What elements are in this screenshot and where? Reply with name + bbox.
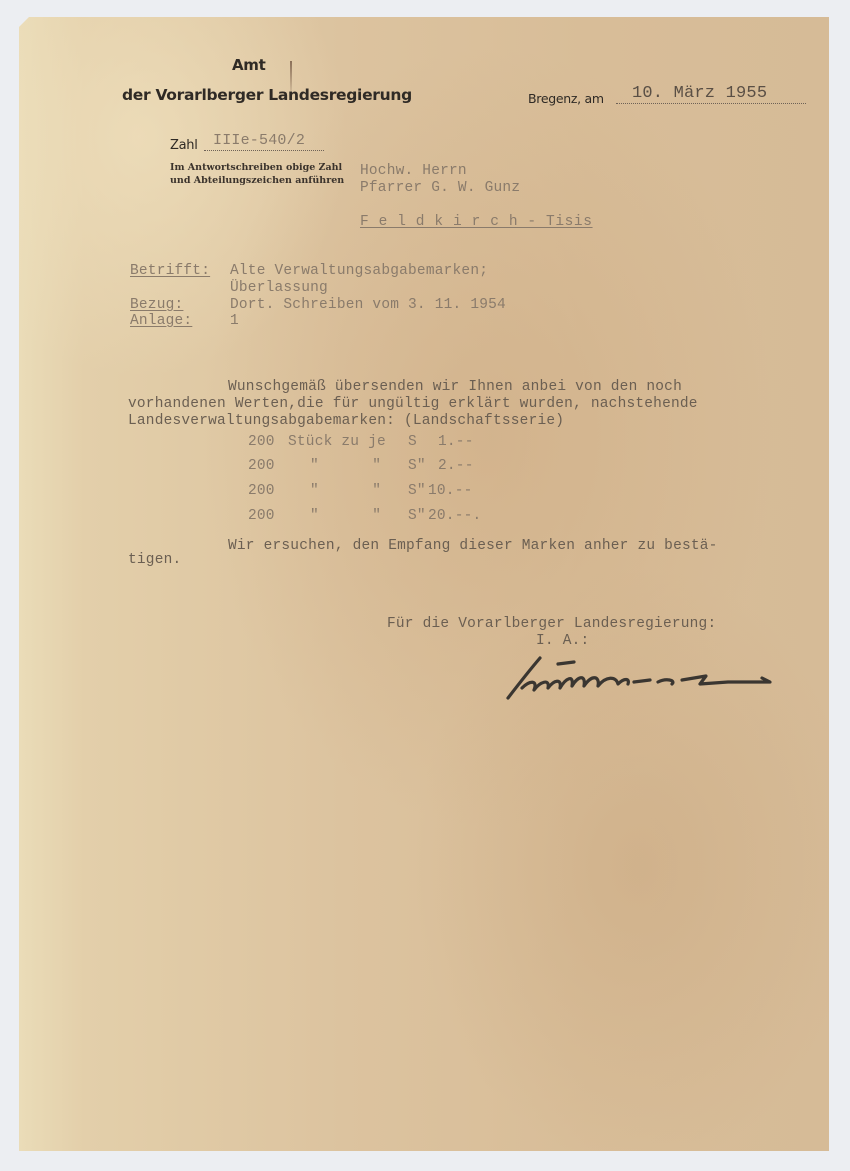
signature [500,650,800,705]
item-desc: Stück zu je [288,434,386,450]
letter-date: 10. März 1955 [632,84,767,103]
item-currency: S [408,434,417,450]
item-currency: S [408,508,417,524]
recipient-salutation: Hochw. Herrn [360,163,467,179]
betrifft-label: Betrifft: [130,263,210,279]
item-currency: S [408,458,417,474]
date-dotline [616,103,806,104]
bezug-label: Bezug: [130,297,183,313]
body-para1-line1: Wunschgemäß übersenden wir Ihnen anbei v… [228,379,682,395]
reference-instruction-2: und Abteilungszeichen anführen [170,174,344,187]
betrifft-line-2: Überlassung [230,280,328,296]
anlage-value: 1 [230,313,239,329]
body-para1-line2: vorhandenen Werten,die für ungültig erkl… [128,396,698,412]
letterhead-amt: Amt [232,56,266,74]
item-value: 1.-- [438,434,474,450]
reference-instruction-1: Im Antwortschreiben obige Zahl [170,161,342,174]
item-value: 10.-- [428,483,473,499]
letterhead-authority: der Vorarlberger Landesregierung [122,86,412,104]
item-value: 2.-- [438,458,474,474]
betrifft-line-1: Alte Verwaltungsabgabemarken; [230,263,488,279]
body-para1-line3: Landesverwaltungsabgabemarken: (Landscha… [128,413,564,429]
anlage-label: Anlage: [130,313,192,329]
item-qty: 200 [248,458,275,474]
closing-ia: I. A.: [536,633,589,649]
item-qty: 200 [248,434,275,450]
place-label: Bregenz, am [528,91,604,106]
item-currency: S [408,483,417,499]
reference-number: IIIe-540/2 [213,132,305,149]
recipient-name: Pfarrer G. W. Gunz [360,180,520,196]
recipient-city: F e l d k i r c h - Tisis [360,214,593,230]
body-para2-line1: Wir ersuchen, den Empfang dieser Marken … [228,538,718,554]
bezug-value: Dort. Schreiben vom 3. 11. 1954 [230,297,506,313]
item-value: 20.--. [428,508,481,524]
closing-authority: Für die Vorarlberger Landesregierung: [387,616,716,632]
reference-dotline [204,150,324,151]
item-qty: 200 [248,508,275,524]
body-para2-line2: tigen. [128,552,181,568]
item-qty: 200 [248,483,275,499]
reference-label: Zahl [170,138,198,153]
